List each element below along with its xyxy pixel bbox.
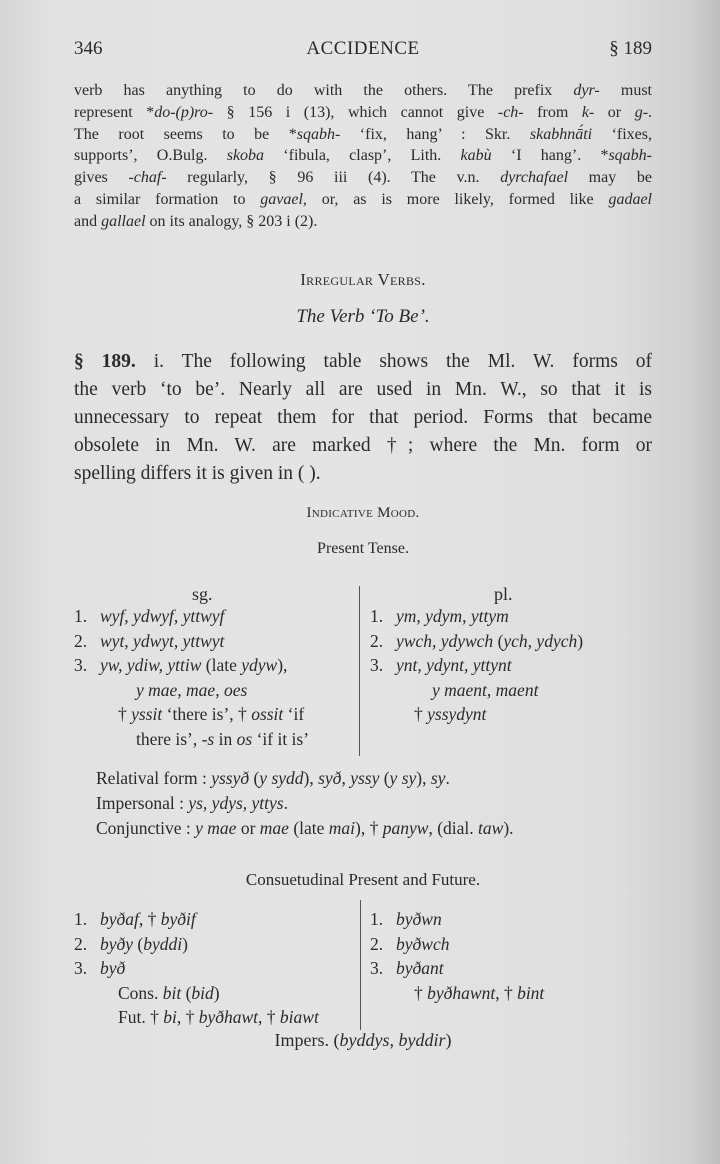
text-run: (: [181, 983, 191, 1003]
italic-form: y sydd: [259, 768, 303, 788]
text-run: ,: [341, 768, 350, 788]
italic-form: gadael: [608, 191, 652, 208]
italic-form: wyf, ydwyf, yttwyf: [100, 606, 224, 626]
text-run: ‘fibula, clasp’, Lith.: [264, 147, 460, 164]
table-row: y maent, maent: [370, 678, 583, 703]
consuetudinal-plural-column: 1.byðwn2.byðwch3.byðant† byðhawnt, † bin…: [370, 907, 544, 1005]
table-row: † yssydynt: [370, 702, 583, 727]
person-number: 1.: [370, 604, 396, 628]
text-run: on its analogy, § 203 i (2).: [146, 213, 318, 230]
italic-form: y mae, mae, oes: [136, 680, 247, 700]
italic-form: ynt, ydynt, yttynt: [396, 655, 512, 675]
italic-form: ywch, ydywch: [396, 631, 493, 651]
table-row: † byðhawnt, † bint: [370, 981, 544, 1006]
singular-label: sg.: [192, 584, 213, 605]
text-run: ): [577, 631, 583, 651]
person-number: 3.: [370, 653, 396, 677]
text-run: may be: [568, 169, 652, 186]
other-forms: Relatival form : yssyð (y sydd), syð, ys…: [96, 766, 514, 841]
text-run: †: [414, 704, 427, 724]
heading-verb-to-be: The Verb ‘To Be’.: [74, 306, 652, 328]
italic-form: -chaf-: [128, 169, 166, 186]
table-row: 3.ynt, ydynt, yttynt: [370, 653, 583, 678]
text-run: ‘fix, hang’ : Skr.: [340, 126, 530, 143]
text-run: ),: [416, 768, 431, 788]
table-row: 1.wyf, ydwyf, yttwyf: [74, 604, 309, 629]
italic-form: byðwn: [396, 909, 442, 929]
italic-form: byðhawnt: [427, 983, 495, 1003]
table-row: Cons. bit (bid): [74, 981, 319, 1006]
person-number: 3.: [74, 956, 100, 980]
heading-consuetudinal: Consuetudinal Present and Future.: [74, 870, 652, 890]
text-run: represent *: [74, 104, 154, 121]
text-run: ),: [304, 768, 319, 788]
italic-form: ys, ydys, yttys: [188, 793, 283, 813]
heading-present-tense: Present Tense.: [74, 540, 652, 558]
italic-form: yssyð: [211, 768, 249, 788]
text-line: and gallael on its analogy, § 203 i (2).: [74, 211, 652, 233]
text-run: must: [600, 82, 652, 99]
italic-form: byðwch: [396, 934, 449, 954]
person-number: 1.: [74, 907, 100, 931]
text-run: , †: [139, 909, 161, 929]
person-number: 3.: [74, 653, 100, 677]
page-header: 346 ACCIDENCE § 189: [74, 38, 652, 62]
italic-form: dyrchafael: [500, 169, 568, 186]
italic-form: ydyw: [241, 655, 277, 675]
intro-paragraph: verb has anything to do with the others.…: [74, 80, 652, 233]
form-label: Relatival form :: [96, 768, 211, 788]
italic-form: -s: [202, 729, 215, 749]
text-run: Fut. †: [118, 1007, 163, 1027]
italic-form: byð: [100, 958, 125, 978]
text-run: ‘if it is’: [252, 729, 309, 749]
table-row: 3.yw, ydiw, yttiw (late ydyw),: [74, 653, 309, 678]
italic-form: yssit: [131, 704, 162, 724]
italic-form: byðy: [100, 934, 133, 954]
person-number: 2.: [370, 932, 396, 956]
text-run: there is’,: [136, 729, 202, 749]
text-run: Impers. (: [275, 1030, 340, 1050]
italic-form: taw: [478, 818, 503, 838]
heading-irregular-verbs: Irregular Verbs.: [74, 270, 652, 290]
table-row: 1.byðwn: [370, 907, 544, 932]
text-run: (: [249, 768, 259, 788]
form-line: Conjunctive : y mae or mae (late mai), †…: [96, 816, 514, 841]
text-run: the verb ‘to be’. Nearly all are used in…: [74, 379, 652, 400]
plural-label: pl.: [494, 584, 513, 605]
italic-form: biawt: [280, 1007, 319, 1027]
italic-form: bid: [191, 983, 213, 1003]
text-run: (: [133, 934, 143, 954]
text-run: in: [214, 729, 236, 749]
italic-form: byðaf: [100, 909, 139, 929]
text-run: § 189.: [74, 351, 136, 372]
section-reference: § 189: [609, 38, 652, 60]
italic-form: mae: [260, 818, 289, 838]
italic-form: skoba: [227, 147, 264, 164]
text-run: , (dial.: [428, 818, 478, 838]
text-line: § 189. i. The following table shows the …: [74, 348, 652, 376]
italic-form: sy: [431, 768, 446, 788]
italic-form: dyr-: [573, 82, 599, 99]
text-run: Cons.: [118, 983, 163, 1003]
text-line: represent *do-(p)ro- § 156 i (13), which…: [74, 102, 652, 124]
consuetudinal-singular-column: 1.byðaf, † byðif2.byðy (byddi)3.byðCons.…: [74, 907, 319, 1030]
text-run: .: [445, 768, 449, 788]
text-run: spelling differs it is given in ( ).: [74, 463, 321, 484]
italic-form: byðant: [396, 958, 444, 978]
text-run: regularly, § 96 iii (4). The v.n.: [167, 169, 501, 186]
present-singular-column: 1.wyf, ydwyf, yttwyf2.wyt, ydwyt, yttwyt…: [74, 604, 309, 751]
text-run: unnecessary to repeat them for that peri…: [74, 407, 652, 428]
table-row: y mae, mae, oes: [74, 678, 309, 703]
text-run: from: [524, 104, 582, 121]
person-number: 2.: [370, 629, 396, 653]
text-run: ‘fixes,: [592, 126, 652, 143]
text-run: , †: [177, 1007, 199, 1027]
text-run: ‘there is’, †: [162, 704, 251, 724]
italic-form: bint: [517, 983, 544, 1003]
text-run: ), †: [355, 818, 383, 838]
person-number: 2.: [74, 932, 100, 956]
text-run: (: [379, 768, 389, 788]
text-line: the verb ‘to be’. Nearly all are used in…: [74, 376, 652, 404]
column-divider: [359, 586, 360, 756]
person-number: 2.: [74, 629, 100, 653]
italic-form: byðhawt: [199, 1007, 258, 1027]
italic-form: yssy: [350, 768, 379, 788]
text-run: obsolete in Mn. W. are marked †; where t…: [74, 435, 652, 456]
text-run: ‘if: [283, 704, 304, 724]
text-run: verb has anything to do with the others.…: [74, 82, 573, 99]
section-189-paragraph: § 189. i. The following table shows the …: [74, 348, 652, 488]
text-run: § 156 i (13), which cannot give: [213, 104, 498, 121]
person-number: 1.: [370, 907, 396, 931]
italic-form: bi: [163, 1007, 177, 1027]
form-line: Impersonal : ys, ydys, yttys.: [96, 791, 514, 816]
italic-form: bit: [163, 983, 181, 1003]
text-run: and: [74, 213, 101, 230]
italic-form: syð: [318, 768, 341, 788]
text-line: spelling differs it is given in ( ).: [74, 460, 652, 488]
italic-form: ossit: [251, 704, 283, 724]
table-row: 1.ym, ydym, yttym: [370, 604, 583, 629]
text-run: †: [414, 983, 427, 1003]
italic-form: skabhnā́ti: [530, 126, 592, 143]
italic-form: sqabh-: [608, 147, 652, 164]
text-line: obsolete in Mn. W. are marked †; where t…: [74, 432, 652, 460]
column-divider: [360, 900, 361, 1030]
text-line: supports’, O.Bulg. skoba ‘fibula, clasp’…: [74, 145, 652, 167]
italic-form: y mae: [195, 818, 236, 838]
text-line: gives -chaf- regularly, § 96 iii (4). Th…: [74, 167, 652, 189]
table-row: there is’, -s in os ‘if it is’: [74, 727, 309, 752]
running-title: ACCIDENCE: [74, 38, 652, 60]
text-run: ),: [277, 655, 287, 675]
italic-form: yssydynt: [427, 704, 486, 724]
table-row: 3.byð: [74, 956, 319, 981]
italic-form: mai: [329, 818, 355, 838]
form-label: Conjunctive :: [96, 818, 195, 838]
italic-form: do-(p)ro-: [154, 104, 213, 121]
text-run: or: [236, 818, 259, 838]
text-run: ).: [503, 818, 513, 838]
present-plural-column: 1.ym, ydym, yttym2.ywch, ydywch (ych, yd…: [370, 604, 583, 727]
text-line: verb has anything to do with the others.…: [74, 80, 652, 102]
person-number: 1.: [74, 604, 100, 628]
italic-form: g-: [635, 104, 648, 121]
text-run: , †: [495, 983, 517, 1003]
text-run: ‘I hang’. *: [492, 147, 609, 164]
italic-form: gallael: [101, 213, 145, 230]
italic-form: y maent, maent: [432, 680, 538, 700]
italic-form: panyw: [383, 818, 429, 838]
form-label: Impersonal :: [96, 793, 188, 813]
italic-form: y sy: [390, 768, 417, 788]
italic-form: kabù: [461, 147, 492, 164]
text-run: or: [594, 104, 634, 121]
italic-form: -ch-: [498, 104, 524, 121]
table-row: Fut. † bi, † byðhawt, † biawt: [74, 1005, 319, 1030]
impersonal-line: Impers. (byddys, byddir): [74, 1030, 652, 1051]
text-run: †: [118, 704, 131, 724]
text-line: The root seems to be *sqabh- ‘fix, hang’…: [74, 124, 652, 146]
italic-form: ym, ydym, yttym: [396, 606, 509, 626]
text-run: (: [493, 631, 503, 651]
table-row: 2.byðwch: [370, 932, 544, 957]
text-run: ): [445, 1030, 451, 1050]
text-run: a similar formation to: [74, 191, 260, 208]
text-line: a similar formation to gavael, or, as is…: [74, 189, 652, 211]
heading-indicative-mood: Indicative Mood.: [74, 505, 652, 522]
text-run: ): [182, 934, 188, 954]
italic-form: byddi: [143, 934, 182, 954]
table-row: † yssit ‘there is’, † ossit ‘if: [74, 702, 309, 727]
person-number: 3.: [370, 956, 396, 980]
text-run: , †: [258, 1007, 280, 1027]
italic-form: byðif: [161, 909, 196, 929]
italic-form: sqabh-: [297, 126, 341, 143]
italic-form: wyt, ydwyt, yttwyt: [100, 631, 224, 651]
text-run: ): [214, 983, 220, 1003]
text-run: .: [284, 793, 288, 813]
italic-form: ych, ydych: [503, 631, 577, 651]
text-run: supports’, O.Bulg.: [74, 147, 227, 164]
table-row: 2.ywch, ydywch (ych, ydych): [370, 629, 583, 654]
italic-form: byddys, byddir: [340, 1030, 446, 1050]
table-row: 3.byðant: [370, 956, 544, 981]
table-row: 2.byðy (byddi): [74, 932, 319, 957]
text-run: The root seems to be *: [74, 126, 297, 143]
italic-form: k-: [582, 104, 594, 121]
text-run: i. The following table shows the Ml. W. …: [136, 351, 652, 372]
italic-form: yw, ydiw, yttiw: [100, 655, 201, 675]
text-run: (late: [289, 818, 329, 838]
text-run: (late: [201, 655, 241, 675]
text-line: unnecessary to repeat them for that peri…: [74, 404, 652, 432]
text-run: gives: [74, 169, 128, 186]
form-line: Relatival form : yssyð (y sydd), syð, ys…: [96, 766, 514, 791]
table-row: 1.byðaf, † byðif: [74, 907, 319, 932]
italic-form: os: [237, 729, 253, 749]
table-row: 2.wyt, ydwyt, yttwyt: [74, 629, 309, 654]
text-run: , or, as is more likely, formed like: [303, 191, 609, 208]
text-run: .: [648, 104, 652, 121]
italic-form: gavael: [260, 191, 303, 208]
